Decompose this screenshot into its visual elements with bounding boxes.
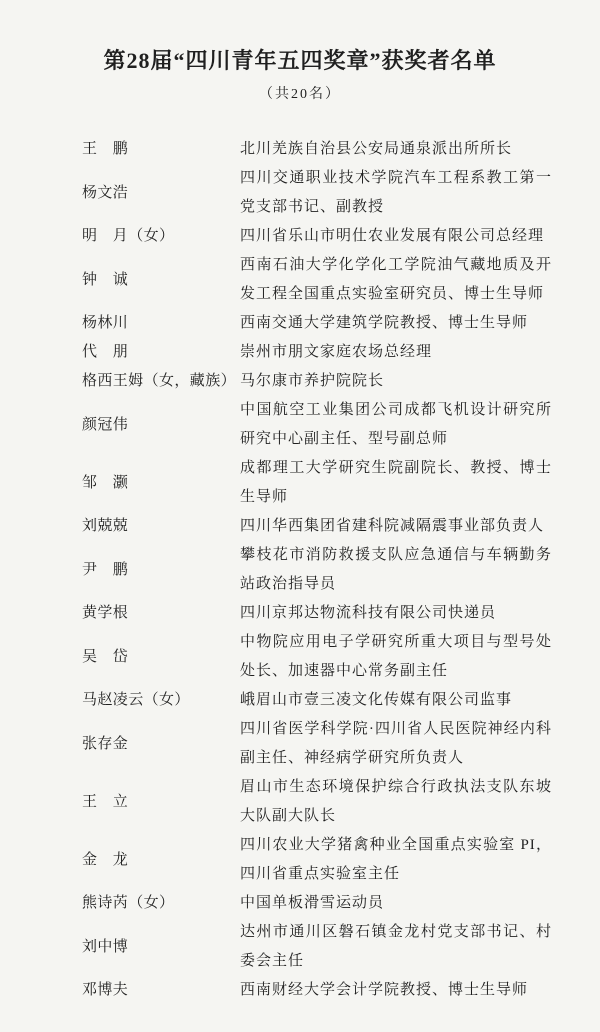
awardee-row: 明 月（女） 四川省乐山市明仕农业发展有限公司总经理 — [82, 222, 552, 251]
awardee-row: 刘兢兢 四川华西集团省建科院减隔震事业部负责人 — [82, 512, 552, 541]
awardee-position: 眉山市生态环境保护综合行政执法支队东坡大队副大队长 — [240, 773, 552, 831]
awardee-row: 马赵凌云（女） 峨眉山市壹三凌文化传媒有限公司监事 — [82, 686, 552, 715]
awardee-position: 四川交通职业技术学院汽车工程系教工第一党支部书记、副教授 — [240, 164, 552, 222]
awardee-position: 攀枝花市消防救援支队应急通信与车辆勤务站政治指导员 — [240, 541, 552, 599]
awardee-name: 张存金 — [82, 730, 240, 759]
awardee-name: 代 朋 — [82, 338, 240, 367]
awardee-name: 刘兢兢 — [82, 512, 240, 541]
document-page: 第28届“四川青年五四奖章”获奖者名单 （共20名） 王 鹏 北川羌族自治县公安… — [0, 0, 600, 1032]
awardee-name: 刘中博 — [82, 933, 240, 962]
awardee-row: 王 鹏 北川羌族自治县公安局通泉派出所所长 — [82, 135, 552, 164]
awardee-position: 峨眉山市壹三凌文化传媒有限公司监事 — [240, 686, 552, 715]
awardee-name: 杨文浩 — [82, 179, 240, 208]
awardee-position: 四川省乐山市明仕农业发展有限公司总经理 — [240, 222, 552, 251]
awardee-name: 金 龙 — [82, 846, 240, 875]
awardee-name: 吴 岱 — [82, 643, 240, 672]
awardee-name: 马赵凌云（女） — [82, 686, 240, 715]
awardee-position: 西南交通大学建筑学院教授、博士生导师 — [240, 309, 552, 338]
awardee-name: 钟 诚 — [82, 266, 240, 295]
awardee-name: 格西王姆（女，藏族） — [82, 367, 240, 396]
awardee-row: 颜冠伟 中国航空工业集团公司成都飞机设计研究所研究中心副主任、型号副总师 — [82, 396, 552, 454]
awardee-position: 中物院应用电子学研究所重大项目与型号处处长、加速器中心常务副主任 — [240, 628, 552, 686]
awardee-row: 张存金 四川省医学科学院·四川省人民医院神经内科副主任、神经病学研究所负责人 — [82, 715, 552, 773]
awardee-name: 尹 鹏 — [82, 556, 240, 585]
awardee-position: 崇州市朋文家庭农场总经理 — [240, 338, 552, 367]
awardee-position: 四川农业大学猪禽种业全国重点实验室 PI，四川省重点实验室主任 — [240, 831, 552, 889]
awardee-name: 黄学根 — [82, 599, 240, 628]
awardee-row: 吴 岱 中物院应用电子学研究所重大项目与型号处处长、加速器中心常务副主任 — [82, 628, 552, 686]
awardee-name: 邹 灏 — [82, 469, 240, 498]
awardee-row: 代 朋 崇州市朋文家庭农场总经理 — [82, 338, 552, 367]
awardee-position: 成都理工大学研究生院副院长、教授、博士生导师 — [240, 454, 552, 512]
awardee-row: 杨林川 西南交通大学建筑学院教授、博士生导师 — [82, 309, 552, 338]
awardee-position: 西南财经大学会计学院教授、博士生导师 — [240, 976, 552, 1005]
awardee-row: 王 立 眉山市生态环境保护综合行政执法支队东坡大队副大队长 — [82, 773, 552, 831]
awardee-row: 熊诗芮（女） 中国单板滑雪运动员 — [82, 889, 552, 918]
awardee-row: 邓博夫 西南财经大学会计学院教授、博士生导师 — [82, 976, 552, 1005]
awardee-list: 王 鹏 北川羌族自治县公安局通泉派出所所长 杨文浩 四川交通职业技术学院汽车工程… — [82, 135, 552, 1005]
awardee-position: 中国单板滑雪运动员 — [240, 889, 552, 918]
awardee-position: 四川华西集团省建科院减隔震事业部负责人 — [240, 512, 552, 541]
awardee-name: 王 鹏 — [82, 135, 240, 164]
awardee-row: 尹 鹏 攀枝花市消防救援支队应急通信与车辆勤务站政治指导员 — [82, 541, 552, 599]
awardee-position: 四川省医学科学院·四川省人民医院神经内科副主任、神经病学研究所负责人 — [240, 715, 552, 773]
awardee-position: 四川京邦达物流科技有限公司快递员 — [240, 599, 552, 628]
awardee-name: 杨林川 — [82, 309, 240, 338]
page-title: 第28届“四川青年五四奖章”获奖者名单 — [0, 46, 600, 76]
awardee-row: 杨文浩 四川交通职业技术学院汽车工程系教工第一党支部书记、副教授 — [82, 164, 552, 222]
awardee-name: 明 月（女） — [82, 222, 240, 251]
awardee-row: 邹 灏 成都理工大学研究生院副院长、教授、博士生导师 — [82, 454, 552, 512]
awardee-position: 马尔康市养护院院长 — [240, 367, 552, 396]
awardee-name: 邓博夫 — [82, 976, 240, 1005]
awardee-position: 西南石油大学化学化工学院油气藏地质及开发工程全国重点实验室研究员、博士生导师 — [240, 251, 552, 309]
awardee-position: 北川羌族自治县公安局通泉派出所所长 — [240, 135, 552, 164]
page-subtitle: （共20名） — [0, 85, 600, 105]
awardee-name: 颜冠伟 — [82, 411, 240, 440]
awardee-position: 中国航空工业集团公司成都飞机设计研究所研究中心副主任、型号副总师 — [240, 396, 552, 454]
awardee-name: 王 立 — [82, 788, 240, 817]
awardee-row: 钟 诚 西南石油大学化学化工学院油气藏地质及开发工程全国重点实验室研究员、博士生… — [82, 251, 552, 309]
awardee-row: 格西王姆（女，藏族） 马尔康市养护院院长 — [82, 367, 552, 396]
awardee-row: 黄学根 四川京邦达物流科技有限公司快递员 — [82, 599, 552, 628]
awardee-row: 金 龙 四川农业大学猪禽种业全国重点实验室 PI，四川省重点实验室主任 — [82, 831, 552, 889]
awardee-row: 刘中博 达州市通川区磐石镇金龙村党支部书记、村委会主任 — [82, 918, 552, 976]
awardee-name: 熊诗芮（女） — [82, 889, 240, 918]
awardee-position: 达州市通川区磐石镇金龙村党支部书记、村委会主任 — [240, 918, 552, 976]
